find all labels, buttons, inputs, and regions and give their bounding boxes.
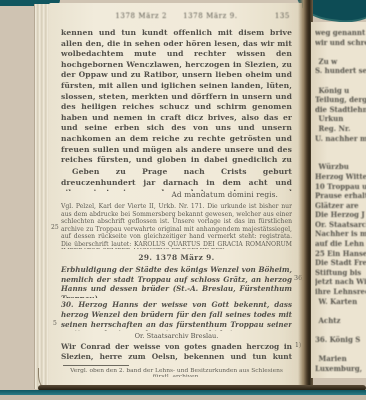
margin-line-number-25: 25 (51, 224, 59, 231)
right-page-line: weg genannt u (315, 28, 366, 38)
margin-line-number-5: 5 (53, 320, 57, 327)
right-page-line: Luxemburg, (315, 364, 366, 374)
main-paragraph: kennen und tun kundt offenlich mit disem… (61, 28, 292, 167)
footnote-separator-rule (63, 365, 129, 366)
right-page-line: Stiftung bis (315, 268, 366, 278)
running-head-date-left: 1378 März 2 (115, 12, 167, 20)
right-page-line: die Stadtlehn (315, 105, 366, 115)
right-page-line: Prause erhalt (315, 191, 366, 201)
right-page-line: Würzbu (315, 162, 366, 172)
right-page-text: weg genannt uwir und schre Zu wS. hunder… (315, 28, 366, 376)
right-page-line: 25 Ein Hansen il (315, 249, 366, 259)
page-number: 135 (275, 12, 290, 20)
running-head: 1378 März 21378 März 9. 135 (61, 12, 292, 23)
right-page-line (315, 325, 366, 335)
right-page-line (315, 306, 366, 316)
right-page-line: Herzog Witten (315, 172, 366, 182)
entry-30-source: Or. Staatsarchiv Breslau. (61, 332, 292, 341)
right-page-line: Nachher is m (315, 229, 366, 239)
right-page-line: Die Stadt Frei (315, 258, 366, 268)
right-page-line (315, 76, 366, 86)
bottom-footnote: Vergl. oben den 2. band der Lehns- und B… (61, 368, 292, 377)
right-page-line: wir und schre (315, 38, 366, 48)
right-page-line: Urkun (315, 114, 366, 124)
entry-29-abstract: Erbhuldigung der Städte des königs Wenze… (61, 265, 292, 298)
book-photo: 1378 März 21378 März 9. 135 kennen und t… (0, 0, 366, 400)
right-page-line: Achtz (315, 316, 366, 326)
right-page-line: U. nachher m (315, 134, 366, 144)
right-page-line: S. hundert sech (315, 66, 366, 76)
right-page-line (315, 143, 366, 153)
entry-29-heading: 29. 1378 März 9. (61, 253, 292, 263)
right-page-line: 10 Troppau und (315, 182, 366, 192)
running-head-date-right: 1378 März 9. (183, 12, 238, 20)
right-page-line: Marien (315, 354, 366, 364)
right-page-line: 36. König S (315, 335, 366, 345)
right-page-line (315, 345, 366, 355)
right-page-line: König u (315, 86, 366, 96)
right-page-line: jetzt nach Wil (315, 277, 366, 287)
dating-paragraph: Geben zu Prage nach Crists geburt dreucz… (61, 167, 292, 191)
left-page: 1378 März 21378 März 9. 135 kennen und t… (49, 3, 302, 389)
apparatus-footnote: Vgl. Pelzel, Karl der Vierte II, Urkb. N… (61, 203, 292, 249)
right-page-line: Reg. Nr. (315, 124, 366, 134)
right-page-line: Zu w (315, 57, 366, 67)
right-page-line: Teilung, derge (315, 95, 366, 105)
right-page: weg genannt uwir und schre Zu wS. hunder… (311, 22, 366, 378)
right-page-line: Die Herzog J (315, 210, 366, 220)
table-surface-bottom (0, 395, 366, 400)
right-page-line: ihre Lehnsrec (315, 287, 366, 297)
entry-30-text: Wir Conrad der weisse von gotes gnaden h… (61, 342, 292, 363)
right-page-line: Or. Staatsarch (315, 220, 366, 230)
right-page-line (315, 47, 366, 57)
right-page-line: Glätzer are (315, 201, 366, 211)
chancery-subscription: Ad mandatum domini regis. (61, 190, 292, 201)
entry-30-abstract: 30. Herzog Hanns der weisse von Gott bek… (61, 300, 292, 331)
right-page-line: auf die Lehn (315, 239, 366, 249)
right-page-line (315, 153, 366, 163)
right-page-line: W. Karten (315, 297, 366, 307)
